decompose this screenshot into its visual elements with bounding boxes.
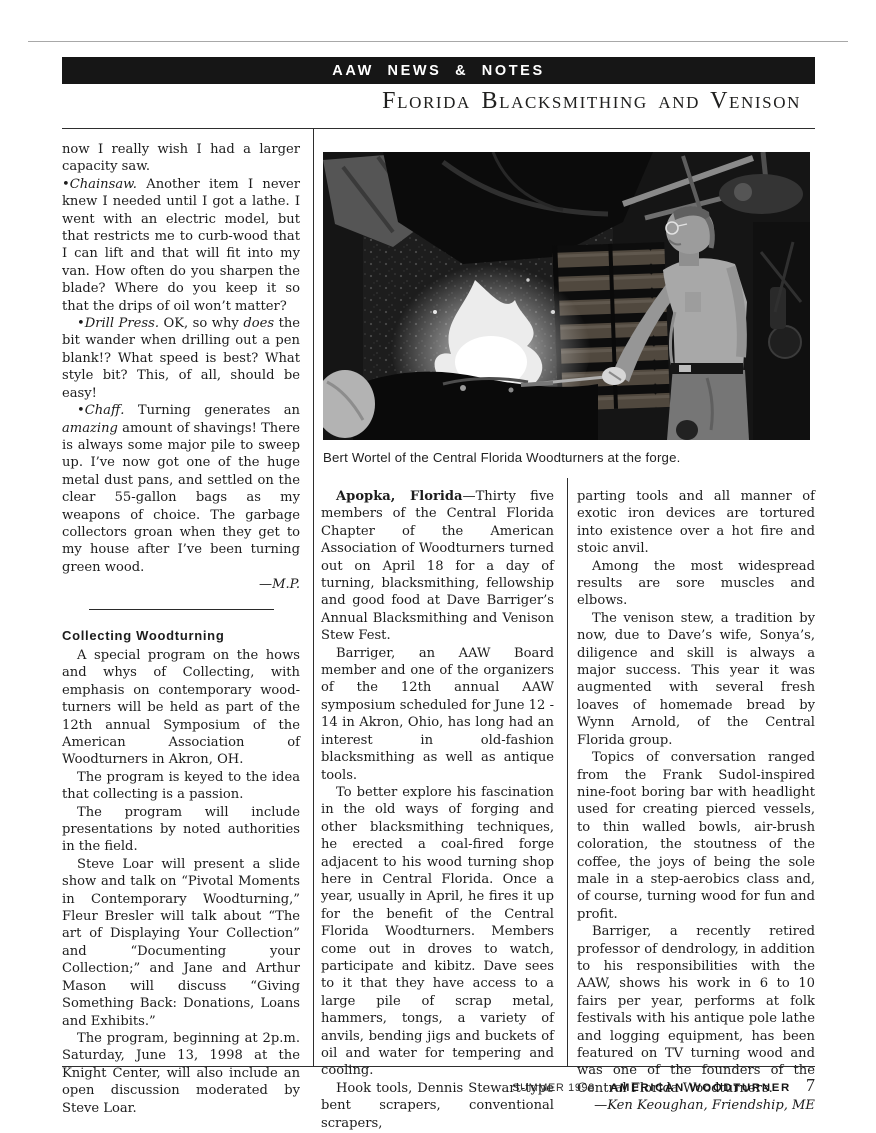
news-section-bar: AAW NEWS & NOTES	[62, 57, 815, 84]
forge-photo-illustration	[323, 152, 810, 440]
footer-page-number: 7	[806, 1075, 815, 1096]
content-top-rule	[62, 128, 815, 129]
footer-magazine-name: AMERICAN WOODTURNER	[610, 1082, 791, 1094]
paragraph: Topics of conversation ranged from the F…	[577, 749, 815, 923]
paragraph: To better explore his fascination in the…	[321, 784, 554, 1080]
paragraph: The program is keyed to the idea that co…	[62, 769, 300, 804]
paragraph: The program, beginning at 2p.m. Saturday…	[62, 1030, 300, 1117]
photo-caption: Bert Wortel of the Central Florida Woodt…	[323, 450, 813, 465]
column-2: Apopka, Florida—Thirty five members of t…	[321, 488, 554, 1132]
magazine-page: AAW NEWS & NOTES Florida Blacksmithing a…	[0, 0, 876, 1133]
footer-rule	[62, 1066, 815, 1067]
paragraph: Barriger, a recently retired professor o…	[577, 923, 815, 1097]
article-title: Florida Blacksmithing and Venison	[62, 88, 815, 115]
paragraph: Steve Loar will present a slide show and…	[62, 856, 300, 1030]
paragraph: •Drill Press. OK, so why does the bit wa…	[62, 315, 300, 402]
paragraph: •Chaff. Turning generates an amazing amo…	[62, 402, 300, 576]
page-top-hairline	[28, 41, 848, 42]
column-3: parting tools and all manner of exotic i…	[577, 488, 815, 1115]
column-1: now I really wish I had a larger capacit…	[62, 141, 300, 1117]
forge-photo	[323, 152, 810, 440]
paragraph: •Chainsaw. Another item I never knew I n…	[62, 176, 300, 315]
column-divider-1	[313, 128, 314, 1066]
paragraph: now I really wish I had a larger capacit…	[62, 141, 300, 176]
paragraph: The venison stew, a tradition by now, du…	[577, 610, 815, 749]
paragraph: A special program on the hows and whys o…	[62, 647, 300, 769]
paragraph: Apopka, Florida—Thirty five members of t…	[321, 488, 554, 645]
section-heading: Collecting Woodturning	[62, 627, 300, 644]
paragraph: parting tools and all manner of exotic i…	[577, 488, 815, 558]
paragraph: Among the most widespread results are so…	[577, 558, 815, 610]
footer-season: SUMMER 1998	[512, 1082, 595, 1094]
byline: —Ken Keoughan, Friendship, ME	[577, 1097, 815, 1114]
section-divider	[89, 609, 274, 610]
column-divider-2	[567, 478, 568, 1066]
news-section-bar-label: AAW NEWS & NOTES	[332, 63, 544, 79]
page-footer: SUMMER 1998 AMERICAN WOODTURNER 7	[512, 1075, 815, 1096]
byline: —M.P.	[62, 576, 300, 593]
paragraph: The program will include presentations b…	[62, 804, 300, 856]
paragraph: Barriger, an AAW Board member and one of…	[321, 645, 554, 784]
